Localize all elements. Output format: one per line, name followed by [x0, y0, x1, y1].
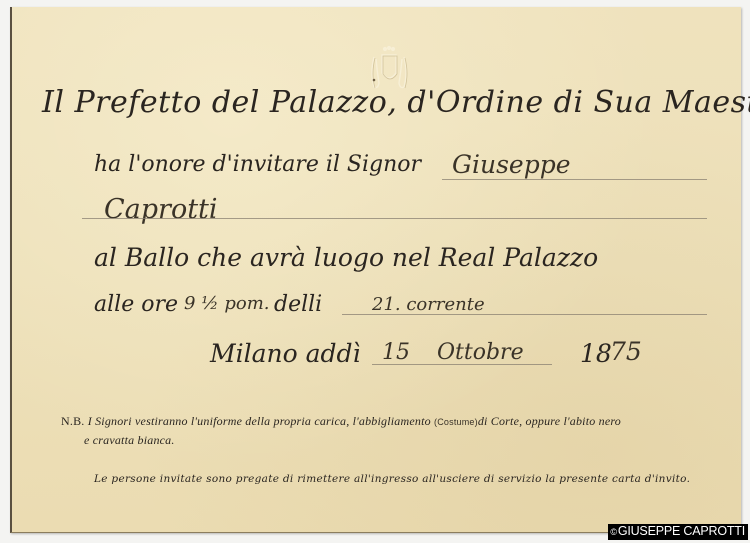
fill-in-rule [342, 314, 707, 315]
fill-in-rule [82, 218, 707, 219]
copyright-symbol-icon: © [610, 527, 616, 537]
dress-code-note-line2: e cravatta bianca. [84, 433, 175, 448]
printed-city-date: Milano addì [210, 339, 361, 368]
invitation-card: Il Prefetto del Palazzo, d'Ordine di Sua… [10, 7, 741, 533]
printed-ball-phrase: al Ballo che avrà luogo nel Real Palazzo [94, 243, 598, 272]
handwritten-first-name: Giuseppe [452, 150, 571, 179]
note-text-1: I Signori vestiranno l'uniforme della pr… [88, 414, 431, 428]
watermark-text: GIUSEPPE CAPROTTI [618, 524, 745, 538]
invitation-heading: Il Prefetto del Palazzo, d'Ordine di Sua… [42, 85, 750, 120]
handwritten-month: Ottobre [437, 340, 524, 365]
printed-date-label: delli [274, 292, 322, 317]
note-label: N.B. [61, 414, 84, 428]
note-text-2: di Corte, oppure l'abito nero [478, 414, 621, 428]
copyright-watermark: ©GIUSEPPE CAPROTTI [608, 524, 748, 540]
fill-in-rule [372, 364, 552, 365]
note-costume: (Costume) [434, 417, 478, 427]
footer-instruction: Le persone invitate sono pregate di rime… [94, 473, 690, 485]
printed-time-label: alle ore [94, 292, 178, 317]
handwritten-event-date: 21. corrente [372, 294, 485, 315]
printed-invite-phrase: ha l'onore d'invitare il Signor [94, 152, 421, 177]
dress-code-note: N.B. I Signori vestiranno l'uniforme del… [61, 414, 621, 429]
fill-in-rule [442, 179, 707, 180]
printed-year-prefix: 18 [580, 339, 612, 368]
handwritten-time: 9 ½ pom. [184, 293, 270, 314]
handwritten-day: 15 [382, 340, 410, 365]
handwritten-surname: Caprotti [104, 194, 218, 225]
handwritten-year-suffix: 75 [610, 337, 642, 366]
